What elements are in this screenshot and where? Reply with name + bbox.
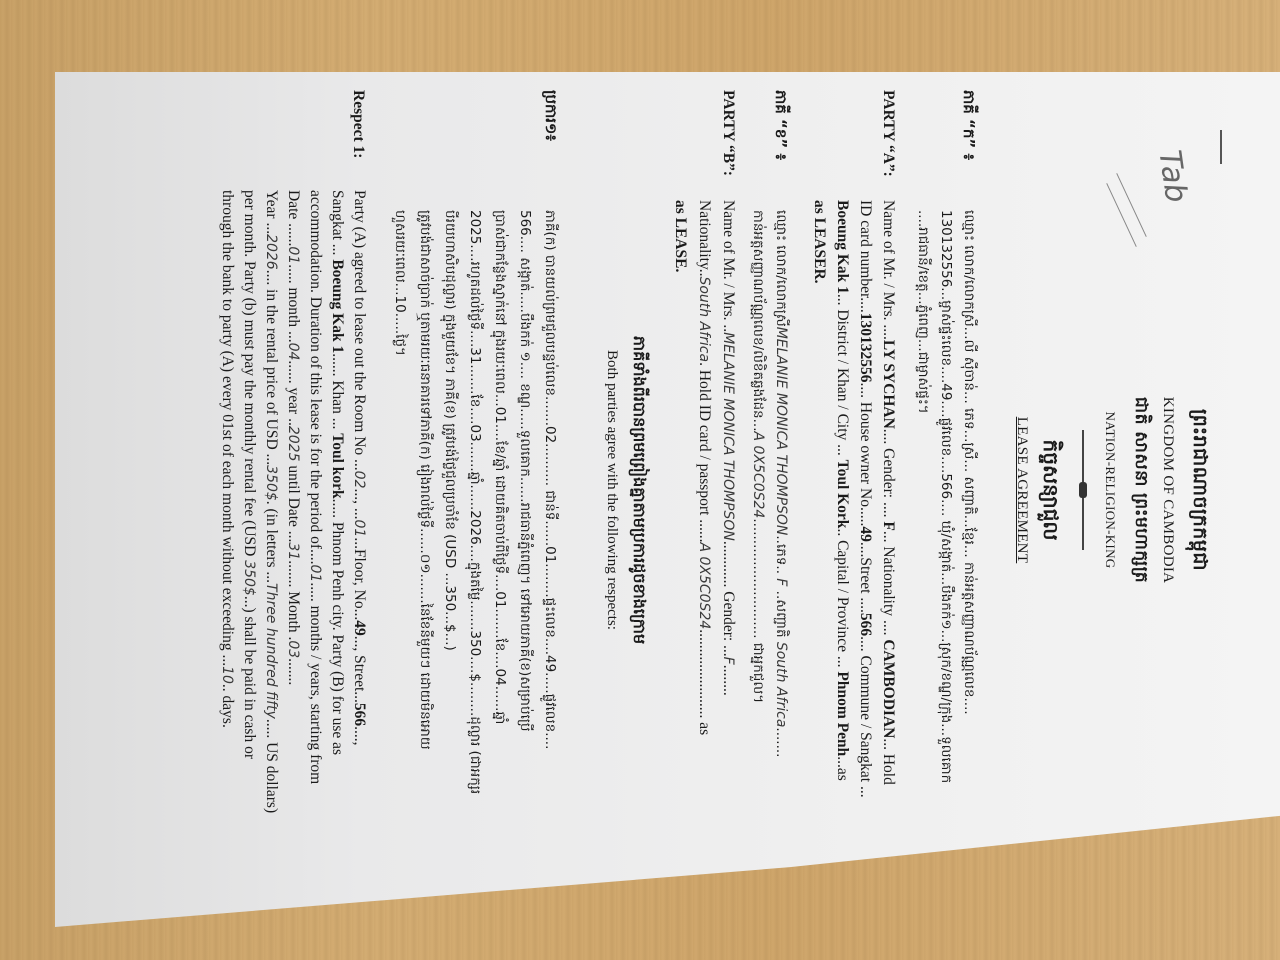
party-a-id: 130132556 bbox=[857, 313, 874, 383]
party-a-label-en: PARTY “A”: bbox=[877, 90, 900, 177]
party-b-kh-line2: កាន់អត្តសញ្ញាណប័ណ្ណលេខ/លិខិតឆ្លងដែន...A … bbox=[746, 210, 769, 900]
party-b-passport-handwritten: A 0X5C0S24 bbox=[750, 432, 766, 519]
party-b-en-line2: Nationality..South Africa. Hold ID card … bbox=[692, 200, 716, 890]
party-a-gender: F bbox=[880, 521, 897, 530]
party-a-kh-line1: ឈ្មោះ លោក/លោកស្រី...លី ស៊ីចាន់... ភេទ...… bbox=[957, 210, 980, 900]
article1-kh-line5: បីរយហាសិបដុល្លារ) ក្នុងមួយខែ។ ភាគី(ខ) ត្… bbox=[437, 210, 462, 900]
respect1-label: Respect 1: bbox=[347, 90, 370, 158]
respect1-line6: per month. Party (b) must pay the monthl… bbox=[238, 190, 260, 880]
party-a-en-line2: ID card number....130132556.... House ow… bbox=[854, 200, 877, 890]
article1-kh-line3: ប្រាស់ជាកន្លែងស្នាក់នៅ ក្នុងរយៈពេល...01.… bbox=[487, 210, 512, 900]
motto-en: NATION-RELIGION-KING bbox=[1102, 90, 1118, 890]
party-a-kh-line3: ....រាជធានី/ខេត្ត...ភ្នំពេញ...ជាម្ចាស់ផ្… bbox=[911, 210, 934, 900]
party-a-role: as LEASER. bbox=[808, 200, 831, 890]
document-title-kh: កិច្ចសន្យាជួល bbox=[1034, 90, 1064, 890]
respect1-line5: Year ...2026.... in the rental price of … bbox=[260, 190, 282, 880]
article1-kh-line4: 2025....រហូតដល់ថ្ងៃទី....31.......ខែ....… bbox=[462, 210, 487, 900]
document-title-en: LEASE AGREEMENT bbox=[1013, 90, 1030, 890]
agreement-heading-kh: ភាគីទាំងពីរបានព្រមព្រៀងគ្នាតាមប្រការដូចខ… bbox=[626, 90, 650, 890]
article1-kh-line7: ហួសរយៈពេល...10.....ថ្ងៃ។ bbox=[387, 210, 412, 900]
party-b-nationality-handwritten: South Africa bbox=[773, 642, 789, 728]
party-b-kh-line1: ឈ្មោះ លោក/លោកស្រីMELANIE MONICA THOMPSON… bbox=[769, 210, 792, 900]
kingdom-title-kh: ព្រះរាជាណាចក្រកម្ពុជា bbox=[1184, 90, 1212, 890]
margin-mark bbox=[1220, 130, 1222, 164]
respect1-line3: accommodation. Duration of this lease is… bbox=[304, 190, 326, 880]
party-b-label-kh: ភាគី “ខ” ៖ bbox=[769, 90, 792, 160]
lease-agreement-page: Tab ព្រះរាជាណាចក្រកម្ពុជា KINGDOM OF CAM… bbox=[130, 90, 1230, 890]
party-a-en-line3: Boeung Kak 1... District / Khan / City .… bbox=[831, 200, 854, 890]
ornament-divider bbox=[1082, 430, 1084, 550]
party-a-name: LY SYCHAN bbox=[880, 340, 897, 429]
respect1-line4: Date ......01..... month ...04...... yea… bbox=[282, 190, 304, 880]
party-a-nationality: CAMBODIAN bbox=[880, 639, 897, 738]
party-a-kh-line2: 130132556...ម្ចាស់ផ្ទះលេខ....49....ផ្លូវ… bbox=[934, 210, 957, 900]
motto-kh: ជាតិ សាសនា ព្រះមហាក្សត្រ bbox=[1127, 90, 1152, 890]
article1-label-kh: ប្រការ១៖ bbox=[539, 90, 562, 141]
article1-kh-line1: ភាគី(ក) បានយល់ព្រមជួលបន្ទប់លេខ.......02.… bbox=[537, 210, 562, 900]
respect1-line7: through the bank to party (A) every 01st… bbox=[216, 190, 238, 880]
party-b-label-en: PARTY “B”: bbox=[717, 90, 740, 176]
party-a-en-line1: Name of Mr. / Mrs. ....LY SYCHAN.... Gen… bbox=[877, 200, 900, 890]
party-a-label-kh: ភាគី “ក” ៖ bbox=[957, 90, 980, 160]
agreement-heading-en: Both parties agree with the following re… bbox=[603, 90, 620, 890]
respect1-line1: Party (A) agreed to lease out the Room N… bbox=[348, 190, 370, 880]
party-b-en-line1: Name of Mr. / Mrs. ..MELANIE MONICA THOM… bbox=[716, 200, 740, 890]
party-b-name-handwritten: MELANIE MONICA THOMPSON bbox=[773, 327, 789, 536]
article1-kh-line2: 566.... សង្កាត់.....បឹងកក់ ១.... ខណ្ឌ...… bbox=[512, 210, 537, 900]
party-b-role: as LEASE. bbox=[669, 200, 692, 890]
article1-kh-line6: ត្រូវបង់ជាសាច់ប្រាក់ ឬតាមរយៈធនាគារទៅភាគី… bbox=[412, 210, 437, 900]
kingdom-title-en: KINGDOM OF CAMBODIA bbox=[1159, 90, 1176, 890]
respect1-line2: Sangkat ... Boeung Kak 1...... Khan ... … bbox=[326, 190, 348, 880]
